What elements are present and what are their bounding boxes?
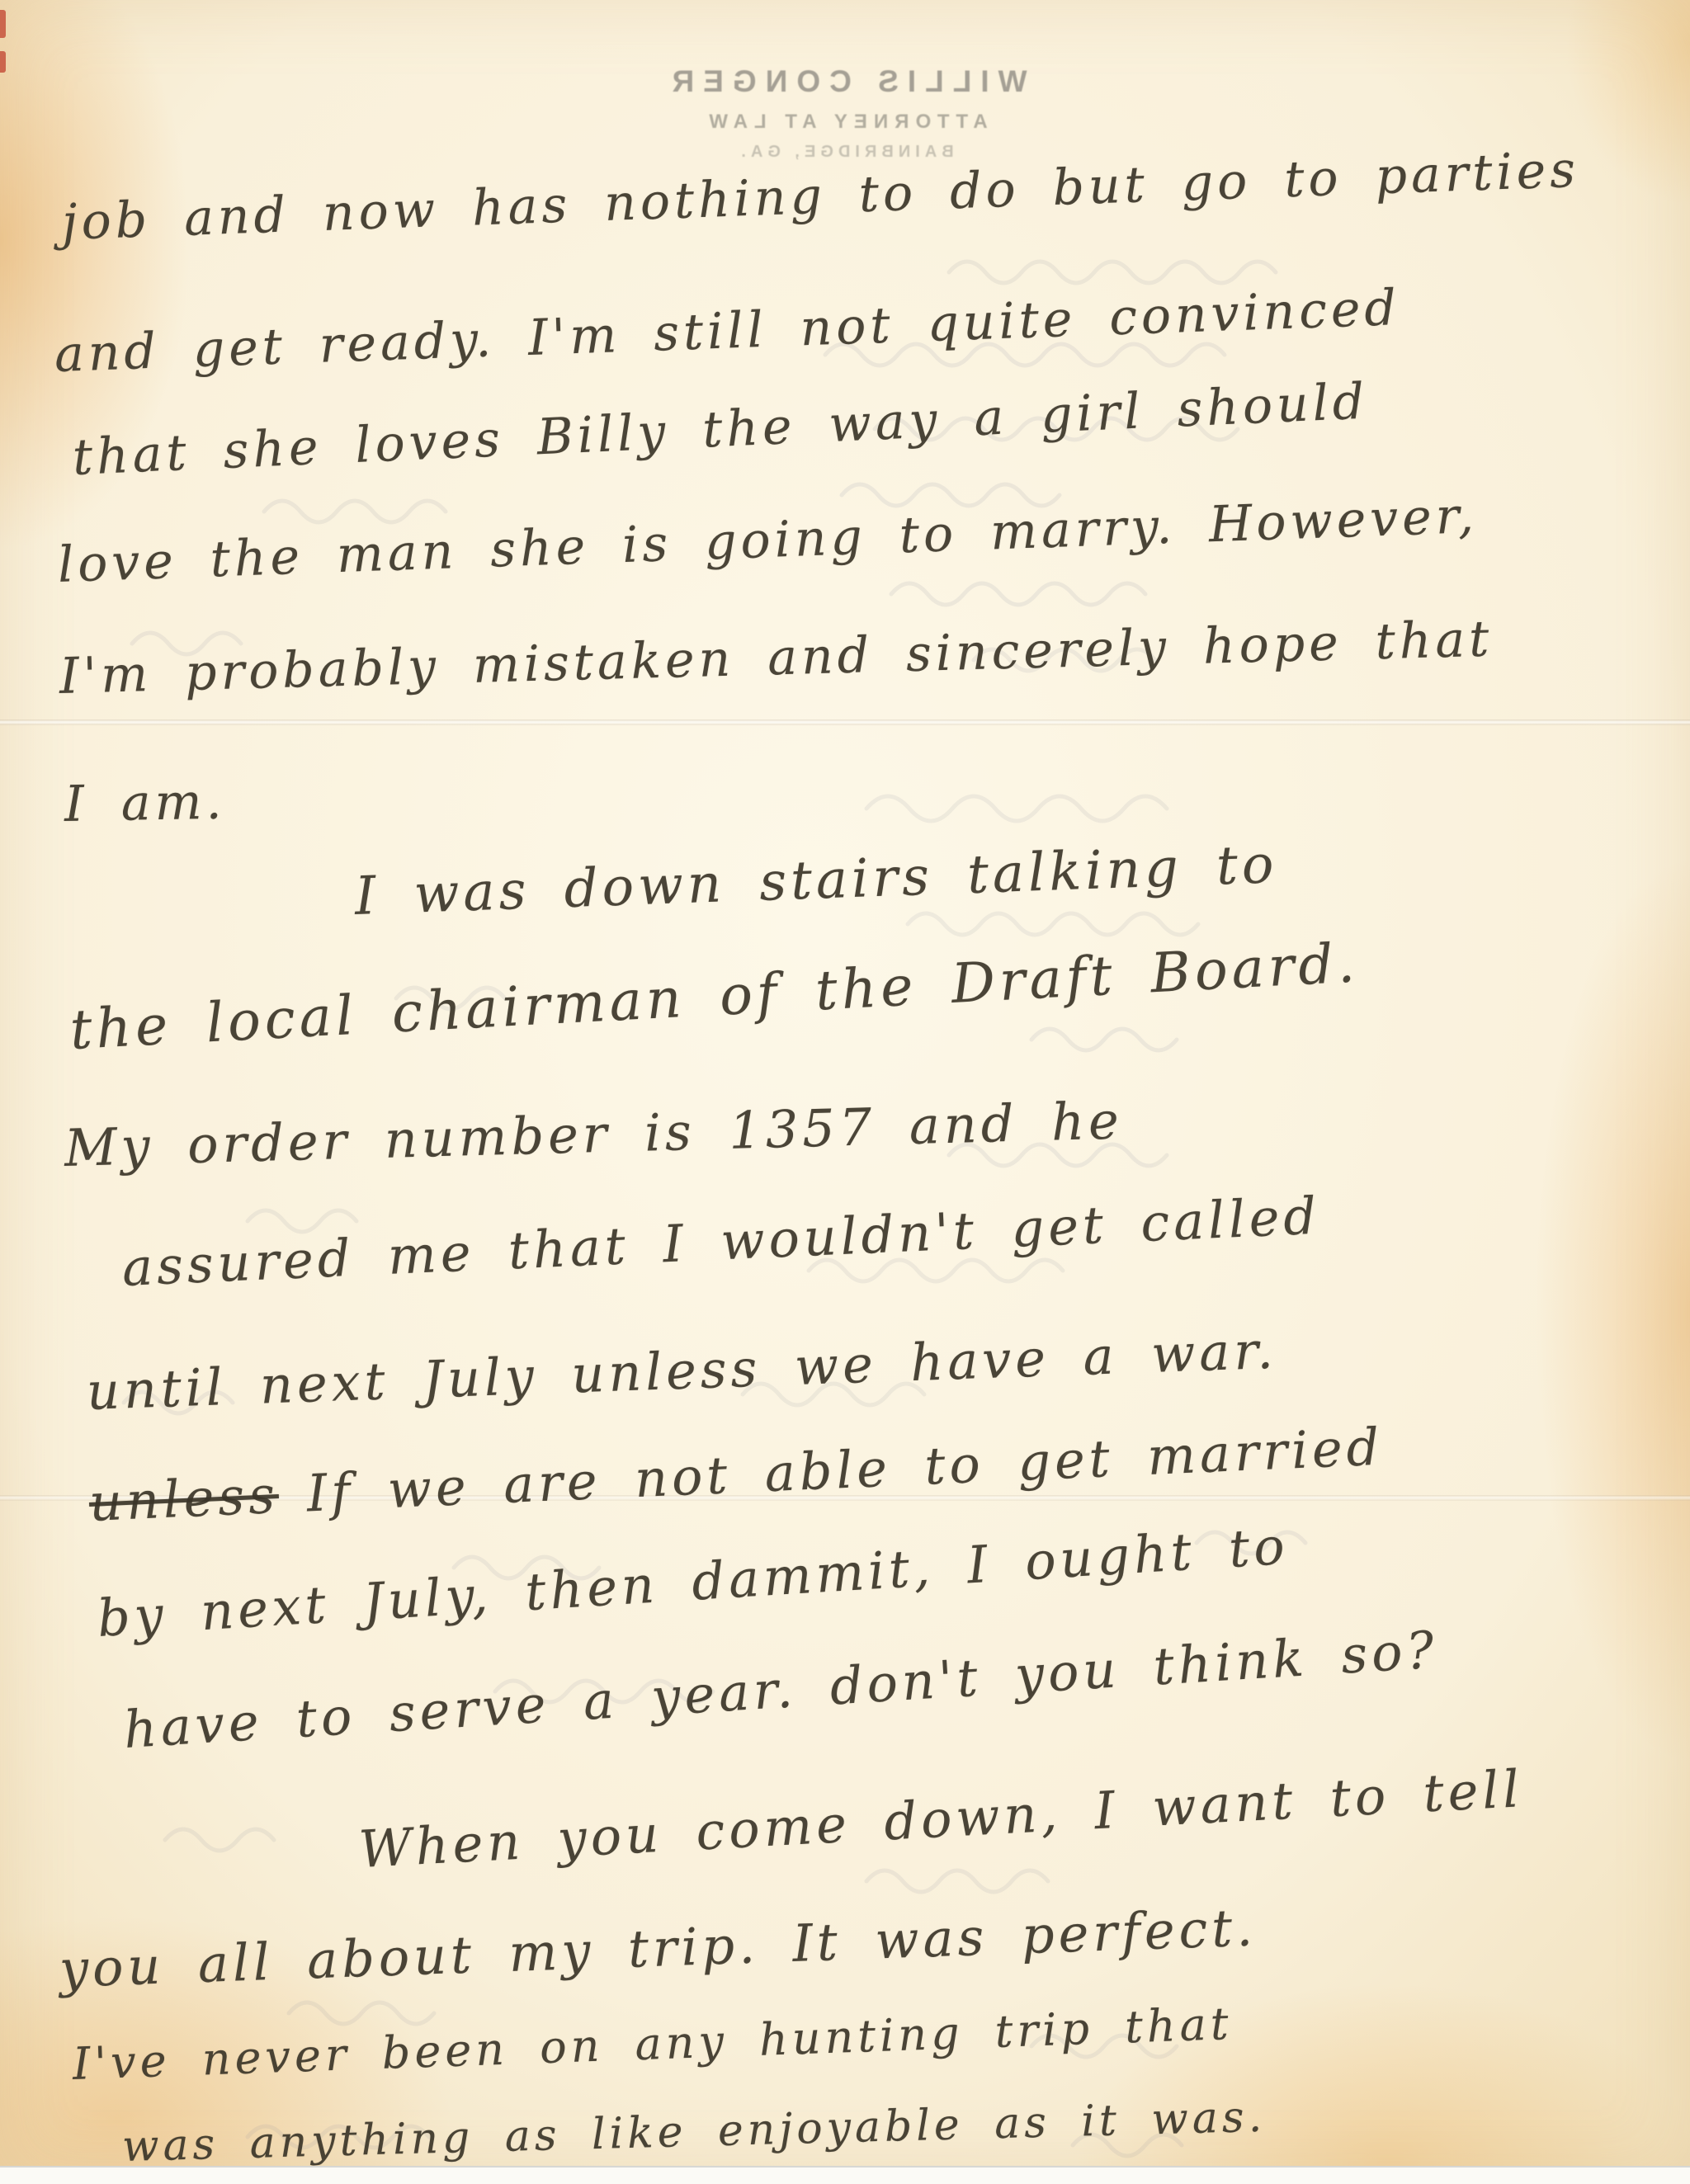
scan-edge-mark bbox=[0, 51, 6, 73]
handwritten-line: I was down stairs talking to bbox=[354, 834, 1279, 927]
handwritten-line: assured me that I wouldn't get called bbox=[120, 1186, 1321, 1298]
struck-word: unless bbox=[87, 1465, 280, 1533]
fold-crease bbox=[0, 719, 1690, 725]
handwritten-line: you all about my trip. It was perfect. bbox=[59, 1897, 1258, 1999]
handwritten-line: and get ready. I'm still not quite convi… bbox=[54, 279, 1401, 384]
handwritten-line: I've never been on any hunting trip that bbox=[72, 1998, 1234, 2090]
handwritten-line: by next July, then dammit, I ought to bbox=[96, 1516, 1291, 1649]
letterhead-name: WILLIS CONGER bbox=[663, 64, 1027, 99]
handwritten-line: was anything as like enjoyable as it was… bbox=[121, 2092, 1267, 2172]
handwritten-line: love the man she is going to marry. Howe… bbox=[57, 487, 1479, 594]
letterhead-city: BAINBRIDGE, GA. bbox=[663, 143, 1027, 162]
handwritten-line: until next July unless we have a war. bbox=[86, 1320, 1278, 1422]
scan-edge-mark bbox=[0, 10, 6, 38]
scan-bottom-edge bbox=[0, 2166, 1690, 2184]
letterhead-title: ATTORNEY AT LAW bbox=[663, 111, 1027, 134]
handwritten-line: I am. bbox=[64, 773, 226, 833]
line-text: If we are not able to get married bbox=[305, 1417, 1385, 1524]
handwritten-line: that she loves Billy the way a girl shou… bbox=[71, 372, 1369, 486]
handwritten-line: I'm probably mistaken and sincerely hope… bbox=[59, 611, 1494, 705]
handwritten-line: have to serve a year. don't you think so… bbox=[122, 1620, 1440, 1760]
handwritten-line: When you come down, I want to tell bbox=[357, 1758, 1525, 1880]
handwritten-line: the local chairman of the Draft Board. bbox=[68, 931, 1360, 1062]
letter-page: WILLIS CONGER ATTORNEY AT LAW BAINBRIDGE… bbox=[0, 0, 1690, 2184]
handwritten-line: unlessIf we are not able to get married bbox=[87, 1417, 1384, 1533]
letterhead: WILLIS CONGER ATTORNEY AT LAW BAINBRIDGE… bbox=[663, 64, 1027, 162]
handwritten-line: My order number is 1357 and he bbox=[64, 1090, 1124, 1178]
